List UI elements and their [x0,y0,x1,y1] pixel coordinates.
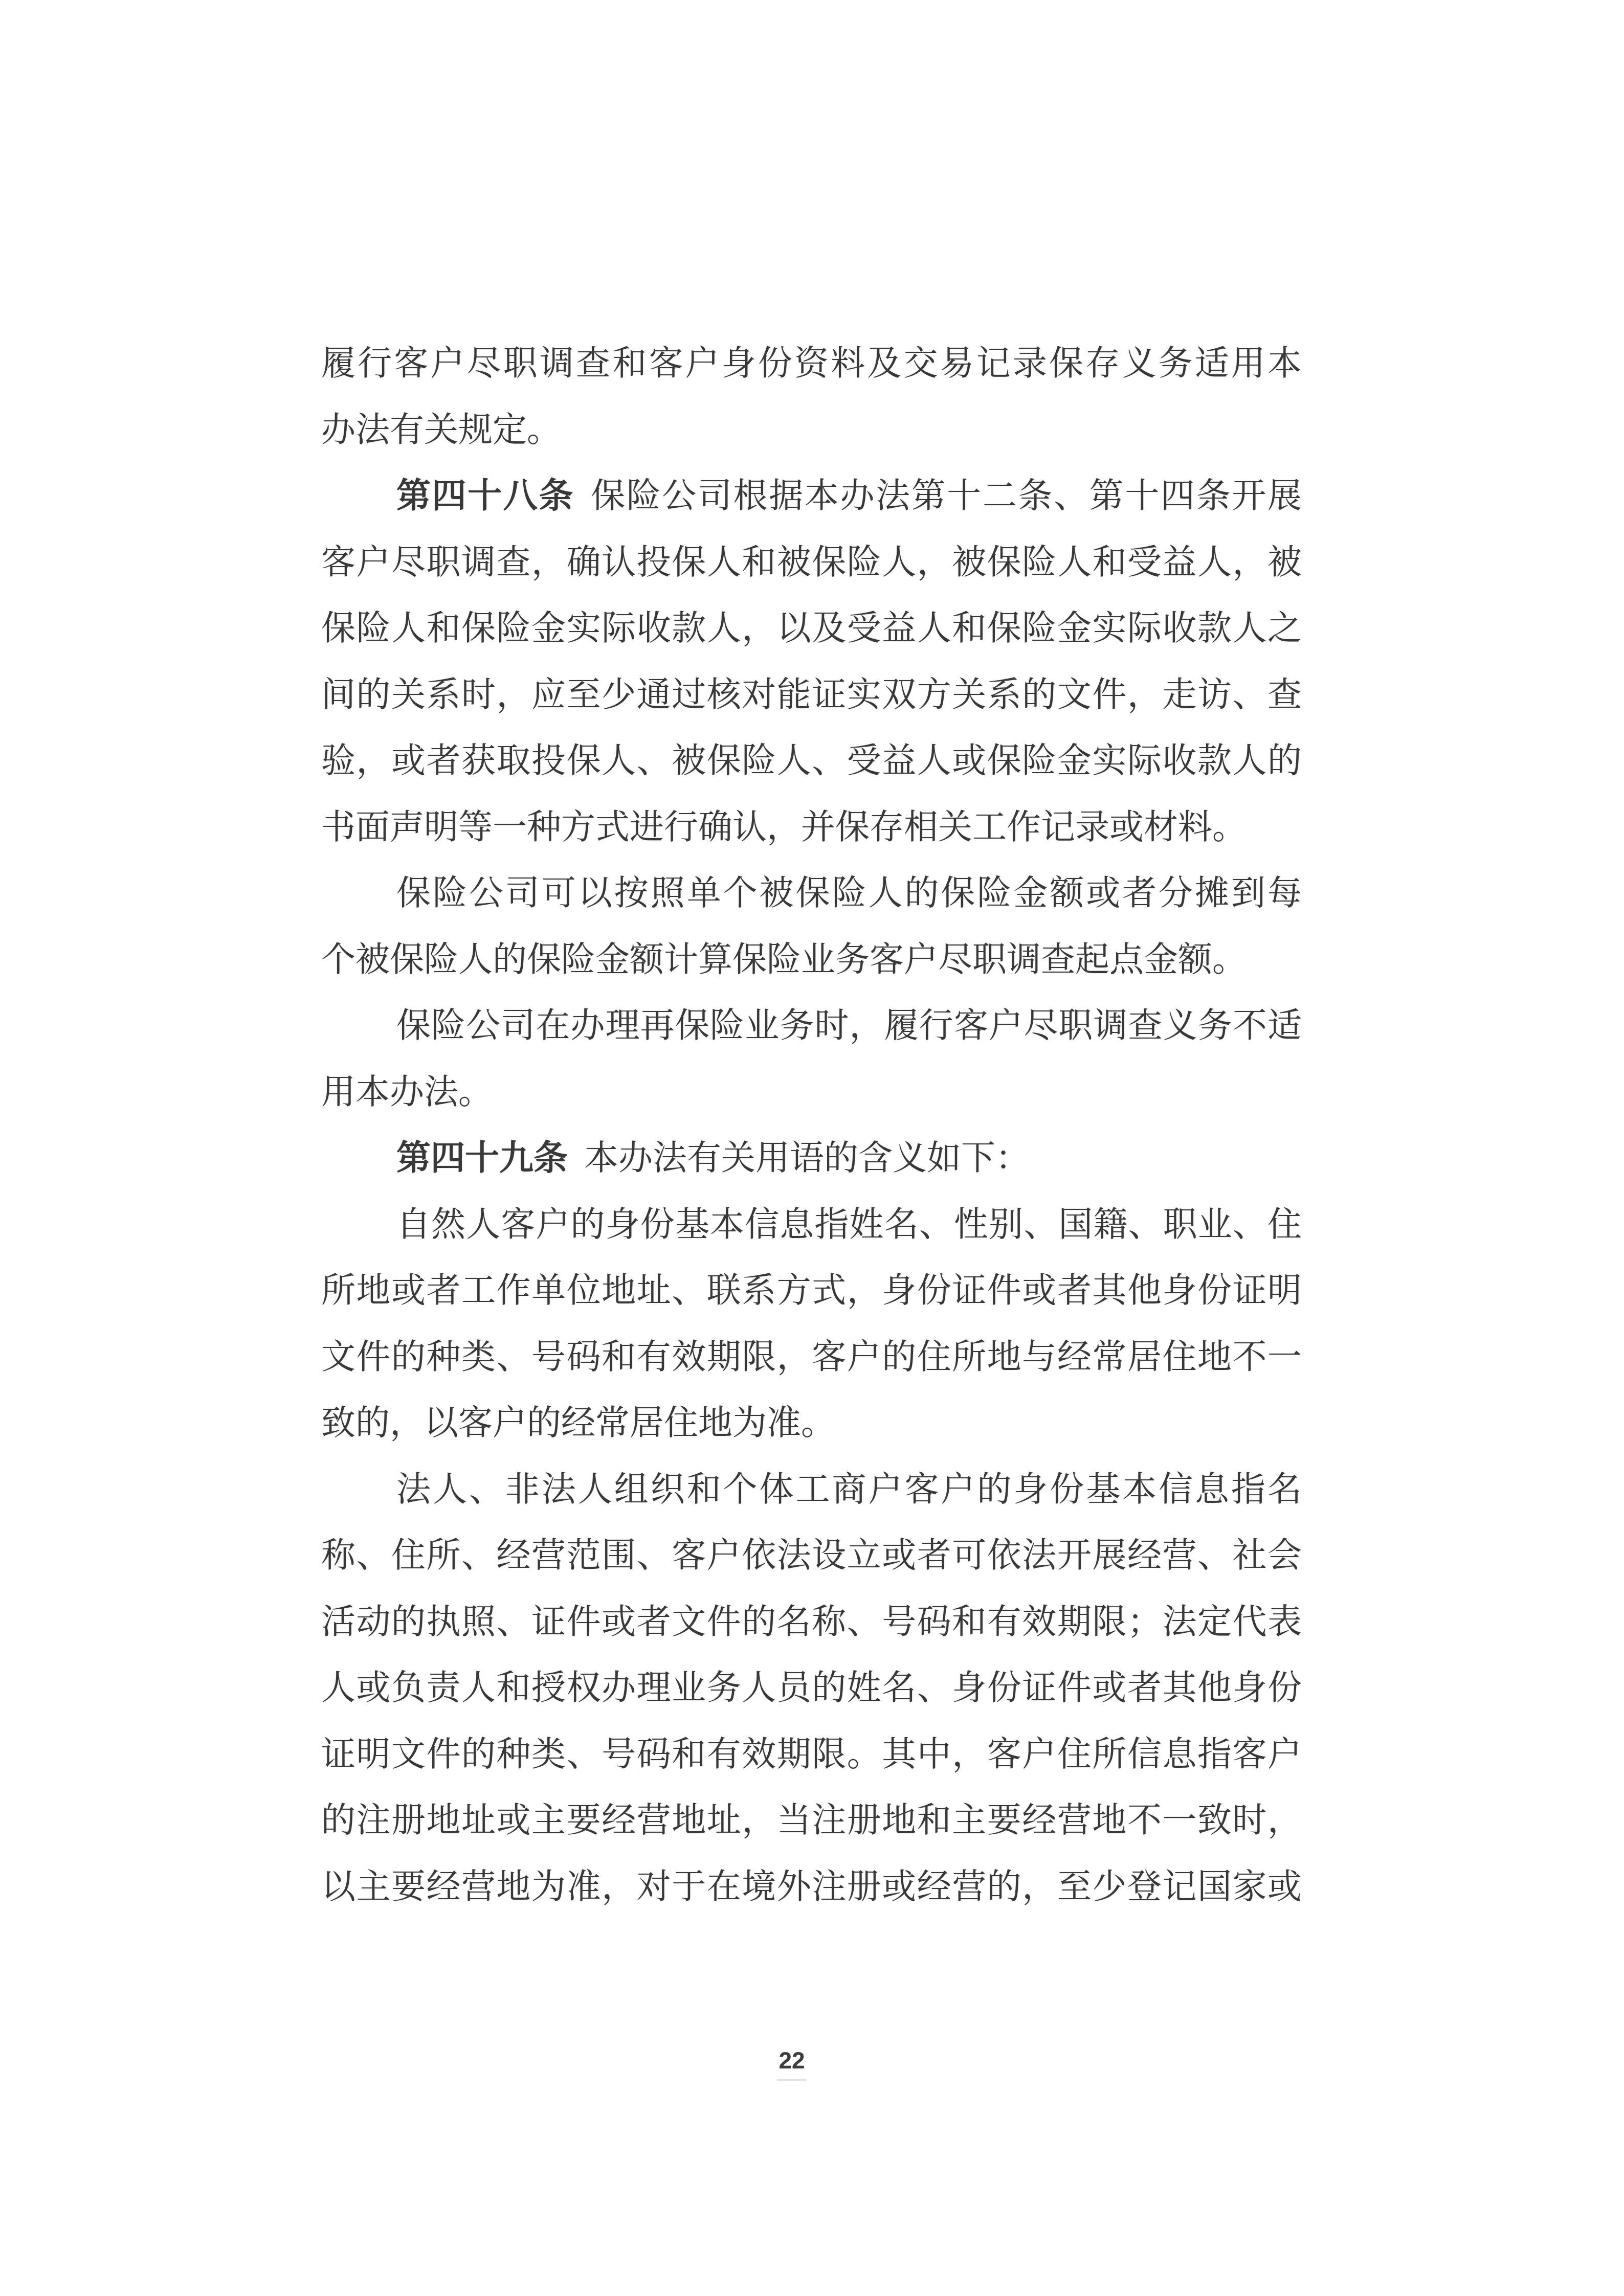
text-line: 客户尽职调查，确认投保人和被保险人，被保险人和受益人，被 [321,530,1302,596]
text-line: 以主要经营地为准，对于在境外注册或经营的，至少登记国家或 [321,1854,1302,1921]
text-line: 致的，以客户的经常居住地为准。 [321,1390,1302,1457]
article-number-bold: 第四十九条 [396,1139,568,1177]
text-line: 书面声明等一种方式进行确认，并保存相关工作记录或材料。 [321,795,1302,861]
text-line: 保险人和保险金实际收款人，以及受益人和保险金实际收款人之 [321,596,1302,662]
document-page: 履行客户尽职调查和客户身份资料及交易记录保存义务适用本办法有关规定。第四十八条保… [0,0,1624,2296]
text-line: 保险公司可以按照单个被保险人的保险金额或者分摊到每 [321,861,1302,927]
page-footer: 22 [741,2046,843,2081]
footer-scan-mark [777,2079,807,2081]
text-line: 人或负责人和授权办理业务人员的姓名、身份证件或者其他身份 [321,1655,1302,1722]
text-line: 个被保险人的保险金额计算保险业务客户尽职调查起点金额。 [321,927,1302,994]
text-line: 第四十八条保险公司根据本办法第十二条、第十四条开展 [321,463,1302,530]
text-line: 用本办法。 [321,1060,1302,1126]
text-line: 证明文件的种类、号码和有效期限。其中，客户住所信息指客户 [321,1722,1302,1788]
text-line: 文件的种类、号码和有效期限，客户的住所地与经常居住地不一 [321,1324,1302,1391]
document-text: 履行客户尽职调查和客户身份资料及交易记录保存义务适用本办法有关规定。第四十八条保… [321,331,1302,1920]
text-line: 履行客户尽职调查和客户身份资料及交易记录保存义务适用本 [321,331,1302,397]
text-line: 称、住所、经营范围、客户依法设立或者可依法开展经营、社会 [321,1523,1302,1589]
text-line: 保险公司在办理再保险业务时，履行客户尽职调查义务不适 [321,993,1302,1060]
text-line: 办法有关规定。 [321,397,1302,464]
text-line: 活动的执照、证件或者文件的名称、号码和有效期限；法定代表 [321,1589,1302,1656]
page-number: 22 [741,2046,843,2074]
text-line: 间的关系时，应至少通过核对能证实双方关系的文件，走访、查 [321,662,1302,729]
text-line: 自然人客户的身份基本信息指姓名、性别、国籍、职业、住 [321,1192,1302,1258]
text-line: 所地或者工作单位地址、联系方式，身份证件或者其他身份证明 [321,1258,1302,1324]
text-line: 法人、非法人组织和个体工商户客户的身份基本信息指名 [321,1457,1302,1523]
text-line: 的注册地址或主要经营地址，当注册地和主要经营地不一致时， [321,1788,1302,1854]
article-number-bold: 第四十八条 [396,477,574,515]
text-line: 验，或者获取投保人、被保险人、受益人或保险金实际收款人的 [321,728,1302,795]
text-line: 第四十九条本办法有关用语的含义如下： [321,1126,1302,1192]
